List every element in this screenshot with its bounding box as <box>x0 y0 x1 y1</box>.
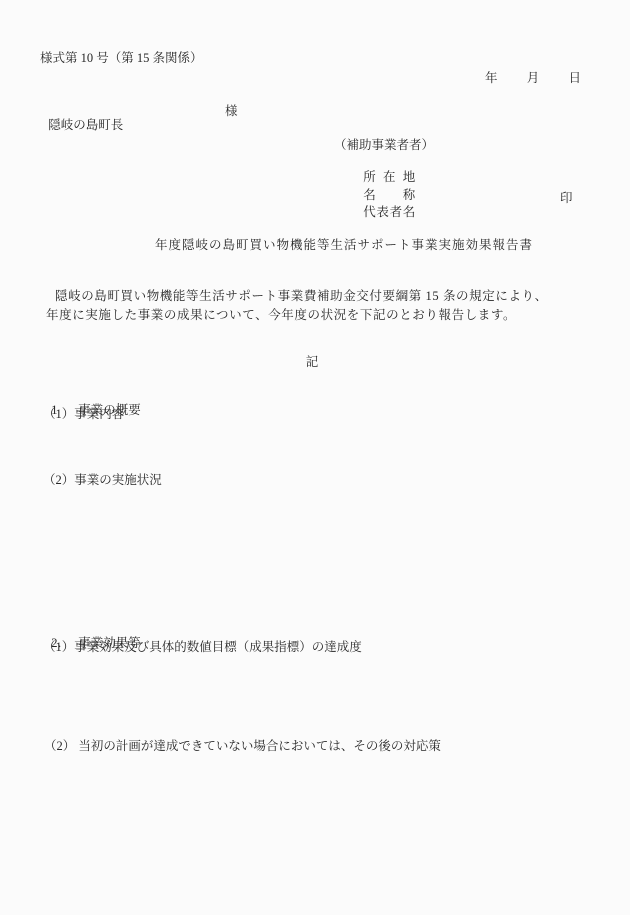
form-number: 様式第 10 号（第 15 条関係） <box>40 51 203 65</box>
document-title: 年度隠岐の島町買い物機能等生活サポート事業実施効果報告書 <box>155 238 533 252</box>
section-2-item-2: （2） 当初の計画が達成できていない場合においては、その後の対応策 <box>44 739 441 753</box>
addressee: 隠岐の島町長 <box>48 118 123 132</box>
section-2-item-1: （1）事業効果及び具体的数値目標（成果指標）の達成度 <box>43 640 362 654</box>
applicant-group-label: （補助事業者者） <box>334 138 434 152</box>
section-1-item-1: （1）事業内容 <box>43 407 124 421</box>
section-1-item-2: （2）事業の実施状況 <box>43 473 162 487</box>
honorific: 様 <box>225 104 238 118</box>
document-page: { "page": { "background": "#fbfbfb", "te… <box>0 0 630 915</box>
year-label: 年 <box>485 71 498 85</box>
record-marker: 記 <box>0 355 624 369</box>
representative-label: 代表者名 <box>363 205 415 219</box>
representative-row: 代表者名 <box>357 191 415 220</box>
date-line: 年 月 日 <box>485 71 581 85</box>
month-label: 月 <box>527 71 540 85</box>
addressee-line: 隠岐の島町長 様 <box>42 104 123 147</box>
day-label: 日 <box>568 71 581 85</box>
seal-mark: 印 <box>560 191 573 205</box>
body-paragraph-line-2: 年度に実施した事業の成果について、今年度の状況を下記のとおり報告します。 <box>46 308 516 322</box>
body-paragraph-line-1: 隠岐の島町買い物機能等生活サポート事業費補助金交付要綱第 15 条の規定により、 <box>55 289 548 303</box>
